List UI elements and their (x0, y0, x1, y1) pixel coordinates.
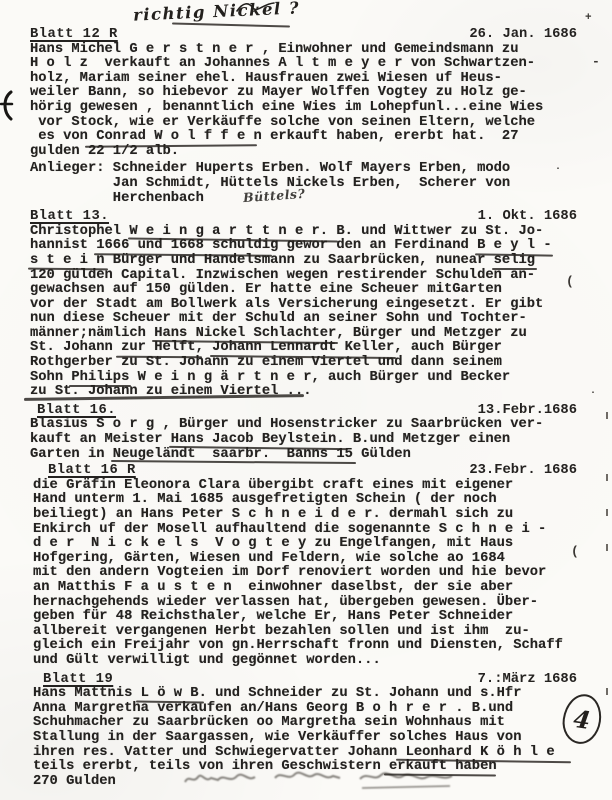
entry-anlieger: Anlieger: Schneider Huperts Erben. Wolf … (30, 162, 577, 206)
handwriting-flourish (233, 0, 277, 14)
entry-blatt-12r: Blatt 12 R 26. Jan. 1686 Hans Michel G e… (30, 28, 577, 206)
pencil-underline-selig (492, 268, 537, 270)
entry-body: die Gräfin Eleonora Clara übergibt craft… (30, 479, 577, 669)
scan-speck-dots: ··· (250, 654, 288, 666)
scan-speck-dash: - (592, 54, 600, 69)
scan-speck-plus: + (585, 12, 592, 24)
entry-body: Hans Michel G e r s t n e r , Einwohner … (30, 43, 577, 160)
scan-edge-tick-3 (606, 509, 608, 516)
entry-body: Blasius S o r g , Bürger und Hosenstrick… (30, 418, 577, 462)
scan-speck-paren-2: ( (571, 544, 579, 559)
entry-blatt-13: Blatt 13. 1. Okt. 1686 Christophel W e i… (30, 210, 577, 400)
entry-blatt-label: Blatt 12 R (30, 28, 118, 43)
scan-edge-tick-4 (606, 544, 608, 551)
scan-edge-tick-5 (606, 688, 608, 695)
pencil-underline-philips (69, 385, 131, 387)
entry-date: 7.:März 1686 (478, 673, 577, 688)
entry-blatt-16r: Blatt 16 R 23.Febr. 1686 die Gräfin Eleo… (30, 464, 577, 668)
scan-edge-tick-2 (606, 474, 608, 481)
scan-edge-artifact (0, 90, 14, 122)
entry-blatt-19: Blatt 19 7.:März 1686 Hans Mattnis L ö w… (30, 673, 577, 790)
entry-blatt-label: Blatt 13. (30, 210, 109, 225)
entry-blatt-label: Blatt 16 R (48, 464, 136, 479)
entry-date: 26. Jan. 1686 (469, 28, 577, 43)
scan-speck-dot-1: . (590, 386, 596, 397)
entry-blatt-label: Blatt 19 (43, 673, 113, 688)
handwritten-underline (172, 22, 290, 27)
entry-date: 23.Febr. 1686 (469, 464, 577, 479)
scan-speck-paren-1: ( (566, 274, 574, 289)
entry-blatt-16: Blatt 16. 13.Febr.1686 Blasius S o r g ,… (30, 404, 577, 462)
scan-speck-dot-2: . (555, 162, 561, 173)
entry-body: Christophel W e i n g a r t t n e r. B. … (30, 225, 577, 400)
typewritten-content: Blatt 12 R 26. Jan. 1686 Hans Michel G e… (30, 28, 577, 789)
scanned-archive-page: richtig Nickel ? Büttels? 4 Blatt 12 R 2… (0, 0, 612, 800)
entry-date: 1. Okt. 1686 (478, 210, 577, 225)
scan-edge-tick-1 (606, 412, 608, 419)
